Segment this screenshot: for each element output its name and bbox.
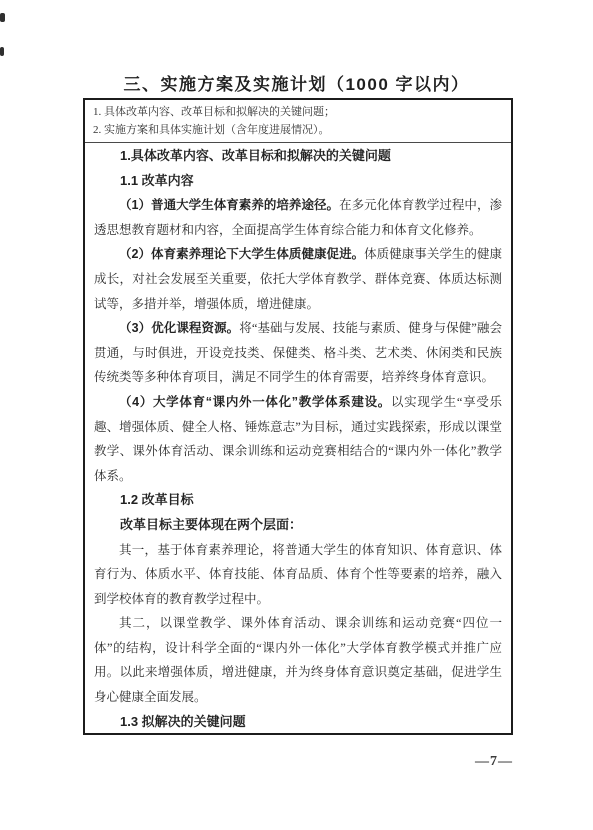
- section-heading-1-1: 1.1 改革内容: [94, 169, 502, 194]
- page-number: —7—: [475, 754, 513, 770]
- paragraph-text: 其一，基于体育素养理论，将普通大学生的体育知识、体育意识、体育行为、体质水平、体…: [94, 543, 502, 606]
- section-heading-1: 1.具体改革内容、改革目标和拟解决的关键问题: [94, 144, 502, 169]
- header-item-1: 1. 具体改革内容、改革目标和拟解决的关键问题；: [93, 103, 503, 121]
- paragraph-lead: （3）优化课程资源。: [119, 321, 239, 335]
- document-page: { "page": { "title": "三、实施方案及实施计划（1000 字…: [0, 0, 593, 830]
- scan-artifact: [0, 13, 5, 22]
- subsection-heading: 改革目标主要体现在两个层面：: [94, 513, 502, 538]
- content-table: 1. 具体改革内容、改革目标和拟解决的关键问题； 2. 实施方案和具体实施计划（…: [83, 98, 513, 735]
- paragraph: （4）大学体育“课内外一体化”教学体系建设。以实现学生“享受乐趣、增强体质、健全…: [94, 390, 502, 488]
- paragraph: （3）优化课程资源。将“基础与发展、技能与素质、健身与保健”融会贯通，与时俱进，…: [94, 316, 502, 390]
- header-item-2: 2. 实施方案和具体实施计划（含年度进展情况）。: [93, 121, 503, 139]
- page-title: 三、实施方案及实施计划（1000 字以内）: [0, 70, 593, 95]
- paragraph-lead: （2）体育素养理论下大学生体质健康促进。: [119, 247, 364, 261]
- paragraph-lead: （1）普通大学生体育素养的培养途径。: [119, 198, 339, 212]
- paragraph: （1）普通大学生体育素养的培养途径。在多元化体育教学过程中，渗透思想教育题材和内…: [94, 193, 502, 242]
- scan-artifact: [0, 47, 4, 56]
- table-header: 1. 具体改革内容、改革目标和拟解决的关键问题； 2. 实施方案和具体实施计划（…: [85, 100, 511, 143]
- paragraph: （2）体育素养理论下大学生体质健康促进。体质健康事关学生的健康成长，对社会发展至…: [94, 242, 502, 316]
- section-heading-1-3: 1.3 拟解决的关键问题: [94, 710, 502, 735]
- paragraph-lead: （4）大学体育“课内外一体化”教学体系建设。: [119, 395, 391, 409]
- paragraph: 其二，以课堂教学、课外体育活动、课余训练和运动竞赛“四位一体”的结构，设计科学全…: [94, 611, 502, 709]
- paragraph: 其一，基于体育素养理论，将普通大学生的体育知识、体育意识、体育行为、体质水平、体…: [94, 538, 502, 612]
- paragraph: （1）优化课程资源，设置能满足不同学生的体育需求的大学体育课程；与时俱进，深化教…: [94, 734, 502, 735]
- paragraph-text: 其二，以课堂教学、课外体育活动、课余训练和运动竞赛“四位一体”的结构，设计科学全…: [94, 616, 502, 704]
- section-heading-1-2: 1.2 改革目标: [94, 488, 502, 513]
- table-body: 1.具体改革内容、改革目标和拟解决的关键问题 1.1 改革内容 （1）普通大学生…: [85, 143, 511, 735]
